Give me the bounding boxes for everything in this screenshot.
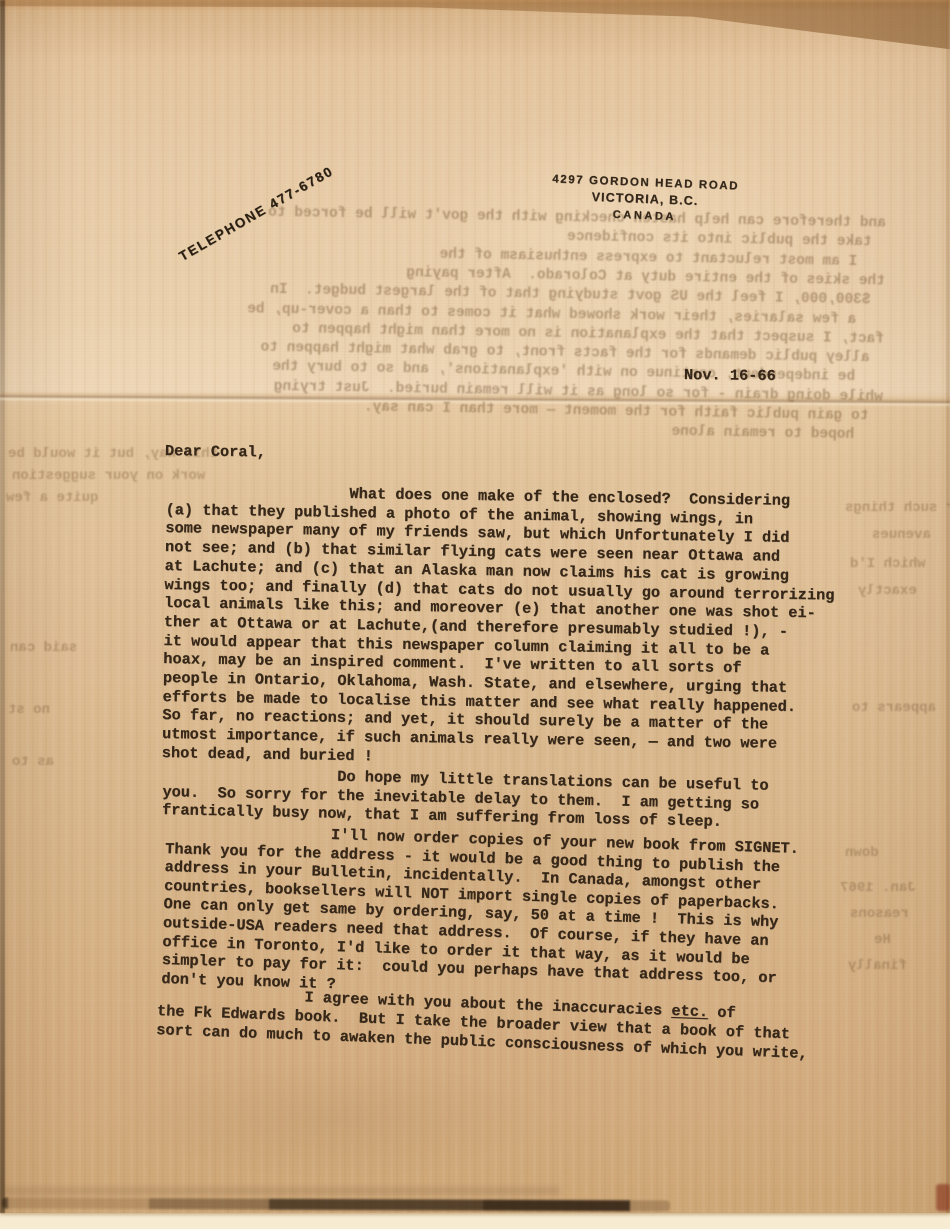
- underlined-etc: etc.: [671, 1002, 708, 1021]
- date-line: Nov. 16-66: [684, 366, 776, 386]
- paragraph-book-order: I'll now order copies of your new book f…: [161, 821, 799, 1007]
- bleedthrough-fragment: as to: [12, 754, 54, 770]
- left-edge-shadow: [0, 0, 5, 1213]
- scanned-letter: and therefore can help hasten checking w…: [0, 0, 950, 1229]
- bleedthrough-fragment: said can: [10, 640, 77, 656]
- paragraph-flying-cats: What does one make of the enclosed? Cons…: [162, 482, 836, 773]
- letter-paper: and therefore can help hasten checking w…: [0, 0, 950, 1213]
- bleedthrough-block: and therefore can help hasten checking w…: [26, 201, 886, 456]
- corner-mark: [936, 1184, 950, 1211]
- right-edge-shadow: [946, 0, 950, 1213]
- salutation: Dear Coral,: [165, 442, 266, 462]
- bleedthrough-fragment: He: [874, 932, 891, 948]
- bleedthrough-fragment: reasons: [850, 906, 909, 922]
- letterhead: 4297 GORDON HEAD ROAD VICTORIA, B.C. CAN…: [541, 171, 749, 229]
- bleedthrough-line: take the public into its confidence: [567, 229, 872, 250]
- bleedthrough-fragment: avenues: [872, 527, 931, 543]
- bleedthrough-fragment: appears to: [852, 700, 936, 716]
- fold-crease: [0, 1184, 560, 1198]
- bleedthrough-fragment: finally: [848, 958, 907, 974]
- bleedthrough-fragment: quite a few: [6, 490, 98, 506]
- bleedthrough-fragment: no st: [8, 702, 50, 718]
- bleedthrough-fragment: Jan. 1967: [840, 880, 916, 896]
- bleedthrough-fragment: for such things: [845, 500, 950, 516]
- bleedthrough-fragment: which I'd: [850, 556, 926, 572]
- bleedthrough-fragment: exactly: [858, 583, 917, 599]
- bleedthrough-line: hoped to remain alone: [671, 424, 854, 443]
- bleedthrough-fragment: down: [845, 845, 879, 861]
